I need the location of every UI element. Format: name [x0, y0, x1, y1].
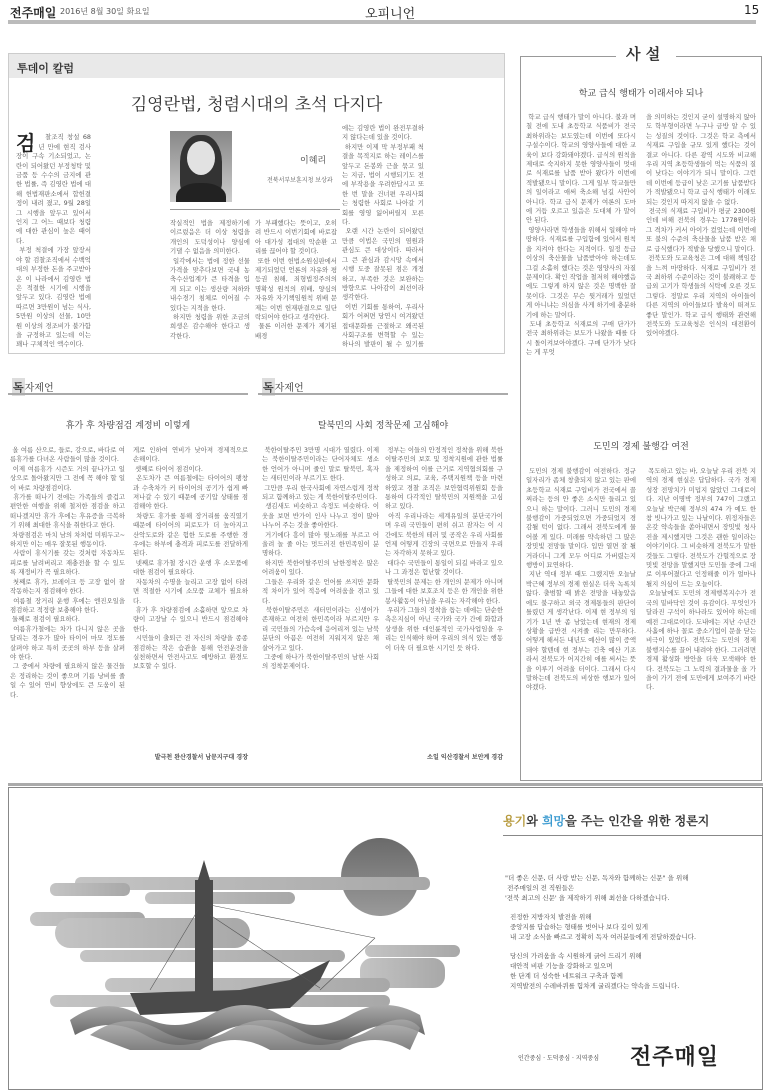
reader-column-2-signature: 소일 익산경찰서 보안계 경감: [385, 752, 503, 761]
reader-column-2-body-1: 북한이탈주민 3만명 시대가 열렸다. 이제는 북한이탈주민이라는 단어자체도 …: [262, 446, 379, 766]
reader-column-2-body-2: 정부는 이들의 안정적인 정착을 위해 북한이탈주민의 보호 및 정착지원에 관…: [385, 446, 503, 750]
dropcap: 검: [16, 133, 35, 153]
editorial-1-body-1: 학교 급식 행태가 말이 아니다. 불과 며칠 전에 도내 초등학교 식품비가 …: [526, 113, 636, 413]
today-column-title: 김영란법, 청렴시대의 초석 다지다: [8, 90, 505, 115]
editorial-2-body-1: 도민의 경제 불행감이 여전하다. 정규 일자리가 좀체 창출되지 않고 있는 …: [526, 467, 636, 775]
advertisement-paragraph-2: 진정한 지방자치 발전을 위해 중앙지를 답습하는 형태를 벗어나 보다 깊이 …: [510, 912, 760, 942]
author-name: 이혜리: [300, 153, 326, 166]
editorial-rule-left: [520, 56, 616, 57]
reader-column-rule-1: [8, 393, 248, 395]
author-organization: 전북서부보훈지청 보상과: [267, 175, 333, 184]
today-column-body-3: 가 부패했다는 뜻이고, 오히려 반드시 이번기회에 바로잡아 대가성 접대의 …: [255, 219, 337, 349]
reader-column-title-1: 휴가 후 차량점검 계정비 이렇게: [8, 418, 248, 431]
advertisement-headline: 용기와 희망을 주는 인간을 위한 정론지: [503, 812, 709, 829]
advertisement-paragraph-1: "더 좋은 신문, 더 사랑 받는 신문, 독자와 함께하는 신문" 을 위해 …: [505, 873, 755, 903]
today-column-body-4: 에는 김영란 법이 완전무결하지 않다는데 있을 것이다. 하지만 이제 막 부…: [342, 124, 424, 349]
advertisement-headline-rule: [503, 835, 763, 836]
advertisement-paragraph-3: 당신의 가려움을 속 시원하게 긁어 드리기 위해 대안적 비판 기능을 강화하…: [510, 951, 760, 991]
newspaper-logo: 전주매일: [10, 4, 56, 21]
reader-column-title-2: 탈북민의 사회 정착문제 고심해야: [258, 418, 508, 431]
section-divider: [8, 783, 763, 786]
ship-illustration-icon: [20, 810, 470, 1050]
reader-column-1-signature: 발극천 완산경찰서 남문지구대 경장: [133, 752, 248, 761]
reader-column-rule-2: [258, 393, 508, 395]
author-divider: [170, 209, 340, 210]
header-divider: [8, 20, 756, 24]
reader-column-1-body-1: 올 여름 산으로, 들로, 강으로, 바다로 여름휴가를 다녀온 사람들이 많을…: [10, 446, 125, 766]
issue-date: 2016년 8월 30일 화요일: [60, 6, 150, 17]
today-column-tag: 투데이 칼럼: [9, 54, 504, 78]
advertisement-logo: 전주매일: [630, 1040, 719, 1071]
editorial-rule-right: [676, 56, 762, 57]
reader-column-1-body-2: 게로 인하여 연비가 낮아져 경제적으로 손해이다. 셋째로 타이어 점검이다.…: [133, 446, 248, 750]
advertisement-motto: 인간중심 · 도덕중심 · 지역중심: [518, 1053, 599, 1062]
author-photo: [170, 131, 232, 202]
today-column-body-1: 검찰조직 창설 68년 만에 현직 검사장이 구속 기소되었고, 논란이 되어왔…: [16, 124, 91, 349]
today-column-body-2: 작실적인 법을 제정하기에 이르렀음은 더 이상 청렴을 개인의 도덕성이나 양…: [170, 219, 250, 349]
editorial-title-1: 학교 급식 행태가 이래서야 되나: [520, 86, 762, 99]
editorial-title-2: 도민의 경제 불행감 여전: [520, 439, 762, 452]
editorial-1-body-2: 을 의미하는 것인지 굳이 설명하지 않아도 학부형이라면 누구나 금방 알 수…: [646, 113, 756, 413]
editorial-heading: 사 설: [622, 43, 664, 64]
editorial-2-body-2: 목도하고 있는 바, 오늘날 우리 전북 지역의 경제 현실은 답답하다. 국가…: [646, 467, 756, 775]
page-number: 15: [744, 3, 759, 17]
